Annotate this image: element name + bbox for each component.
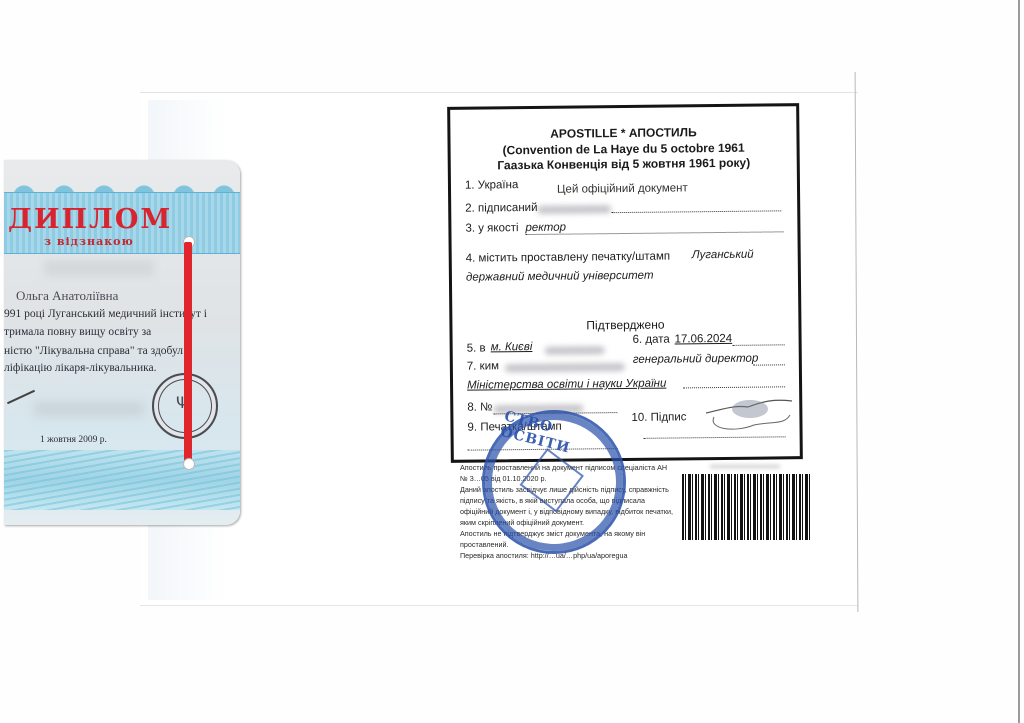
field-signed-label: 2. підписаний: [465, 202, 537, 215]
redacted-signer: [537, 205, 611, 214]
field-capacity-label: 3. у якості: [465, 222, 518, 235]
binding-hole: [183, 458, 195, 470]
field-line: [753, 364, 785, 365]
field-country: 1. Україна: [465, 179, 518, 192]
field-place-label: 5. в: [467, 342, 486, 354]
field-signature-label: 10. Підпис: [631, 411, 686, 424]
field-by-position: генеральний директор: [633, 353, 759, 366]
redacted-surname: [44, 260, 154, 276]
scan-edge: [1018, 0, 1020, 723]
redacted-code: [710, 465, 780, 468]
diploma-title: ДИПЛОМ: [4, 204, 208, 235]
apostille-heading: APOSTILLE * АПОСТИЛЬ: [450, 124, 796, 142]
diploma-text-line: 991 році Луганський медичний інститут і: [4, 308, 207, 320]
diploma-text-line: ністю "Лікувальна справа" та здобул: [4, 345, 183, 357]
diploma-text-line: тримала повну вищу освіту за: [4, 326, 151, 338]
redacted-place-extra: [545, 346, 605, 355]
diploma-signature: [7, 390, 35, 404]
certified-heading: Підтверджено: [452, 316, 798, 334]
field-by-org: Міністерства освіти і науки України: [467, 378, 666, 392]
field-number-label: 8. №: [467, 401, 492, 413]
field-capacity-value: ректор: [525, 222, 566, 234]
field-line: [733, 344, 785, 346]
convention-ua: Гаазька Конвенція від 5 жовтня 1961 року…: [451, 155, 797, 173]
diploma-text-line: ліфікацію лікаря-лікувальника.: [4, 362, 157, 374]
official-signature: [704, 395, 794, 435]
field-place-value: м. Києві: [491, 341, 533, 353]
field-line: [683, 386, 785, 388]
field-by-label: 7. ким: [467, 360, 499, 372]
diploma-wave-pattern: [4, 450, 240, 510]
redacted-official: [505, 363, 625, 372]
redacted-signatory: [34, 402, 144, 416]
binding-ribbon: [184, 242, 192, 464]
diploma-subtitle: з відзнакою: [44, 235, 134, 248]
diploma-card: ДИПЛОМ з відзнакою Ольга Анатоліївна 991…: [4, 160, 240, 525]
field-line: [644, 436, 786, 438]
field-seal-label: 4. містить проставлену печатку/штамп: [466, 251, 670, 265]
field-seal-value-2: державний медичний університет: [466, 270, 654, 284]
barcode: [682, 474, 812, 540]
diploma-holder-name: Ольга Анатоліївна: [16, 288, 118, 304]
diploma-issue-date: 1 жовтня 2009 р.: [40, 435, 107, 445]
document-intro: Цей офіційний документ: [557, 182, 688, 195]
field-seal-value-1: Луганський: [692, 249, 754, 262]
field-date-value: 17.06.2024: [675, 333, 733, 346]
field-date-label: 6. дата: [633, 334, 670, 346]
field-line: [611, 210, 781, 213]
